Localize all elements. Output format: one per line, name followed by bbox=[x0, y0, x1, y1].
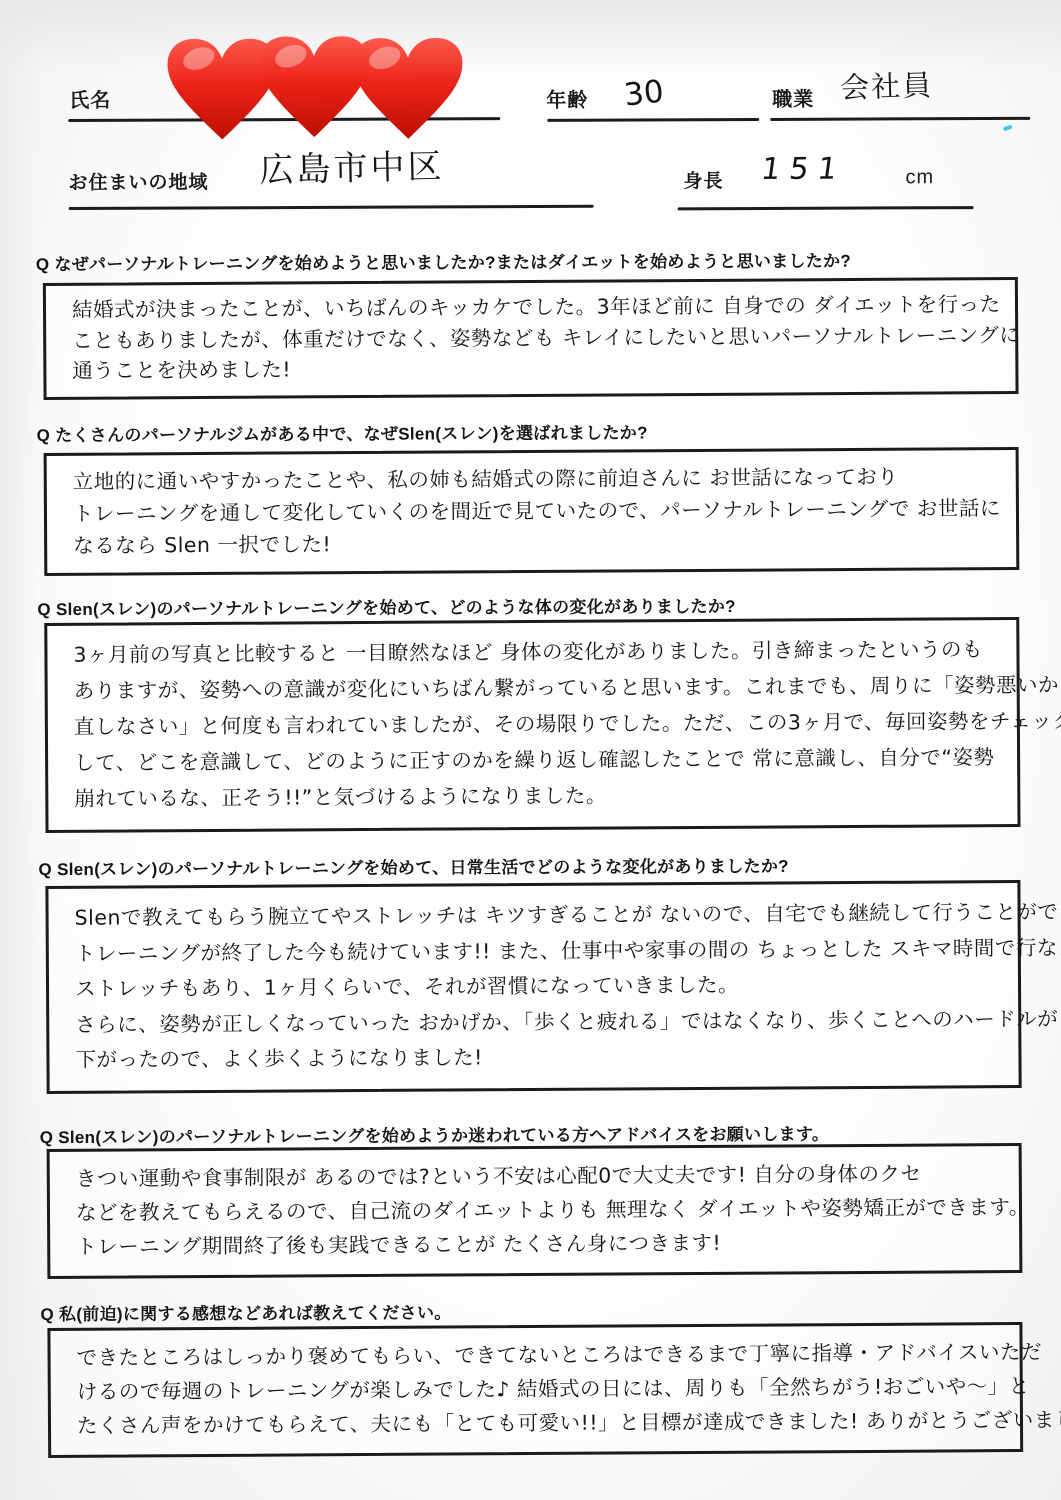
heart-icon bbox=[255, 33, 373, 144]
name-field-label: 氏名 bbox=[69, 84, 111, 113]
question-1-label: Q なぜパーソナルトレーニングを始めようと思いましたか?またはダイエットを始めよ… bbox=[36, 246, 1026, 275]
answer-line: けるので毎週のトレーニングが楽しみでした♪ 結婚式の日には、周りも「全然ちがう!… bbox=[77, 1375, 1006, 1404]
answer-line: できたところはしっかり褒めてもらい、できてないところはできるまで丁寧に指導・アド… bbox=[77, 1341, 1006, 1370]
answer-line: 結婚式が決まったことが、いちばんのキッカケでした。3年ほど前に 自身での ダイエ… bbox=[72, 293, 1001, 322]
answer-line: などを教えてもらえるので、自己流のダイエットよりも 無理なく ダイエットや姿勢矯… bbox=[76, 1196, 1005, 1225]
answer-1-box: 結婚式が決まったことが、いちばんのキッカケでした。3年ほど前に 自身での ダイエ… bbox=[43, 277, 1019, 400]
questionnaire-scan-page: 氏名 年齢 30 職業 bbox=[0, 0, 1061, 1500]
answer-line: ありますが、姿勢への意識が変化にいちばん繋がっていると思います。これまでも、周り… bbox=[74, 674, 1003, 703]
answer-line: なるなら Slen 一択でした! bbox=[73, 529, 1002, 558]
height-unit-label: cm bbox=[905, 166, 934, 189]
question-4-label: Q Slen(スレン)のパーソナルトレーニングを始めて、日常生活でどのような変化… bbox=[38, 851, 1028, 880]
answer-line: 下がったので、よく歩くようになりました! bbox=[75, 1044, 1004, 1073]
question-6-label: Q 私(前迫)に関する感想などあれば教えてください。 bbox=[40, 1296, 1030, 1325]
age-field-label: 年齢 bbox=[546, 84, 588, 113]
answer-line: さらに、姿勢が正しくなっていった おかげか、「歩くと疲れる」ではなくなり、歩くこ… bbox=[75, 1008, 1004, 1037]
answer-4-box: Slenで教えてもらう腕立てやストレッチは キツすぎることが ないので、自宅でも… bbox=[45, 880, 1021, 1094]
occupation-field-underline bbox=[770, 117, 1030, 121]
scan-artifact-speck bbox=[1003, 125, 1013, 132]
answer-line: トレーニングを通して変化していくのを間近で見ていたので、パーソナルトレーニングで… bbox=[73, 497, 1002, 526]
answer-line: して、どこを意識して、どのように正すのかを繰り返し確認したことで 常に意識し、自… bbox=[74, 746, 1003, 775]
question-3-label: Q Slen(スレン)のパーソナルトレーニングを始めて、どのような体の変化があり… bbox=[37, 591, 1027, 620]
age-field-value: 30 bbox=[622, 73, 665, 113]
answer-6-box: できたところはしっかり褒めてもらい、できてないところはできるまで丁寧に指導・アド… bbox=[47, 1322, 1023, 1458]
occupation-field-label: 職業 bbox=[772, 83, 814, 112]
answer-line: 直しなさい」と何度も言われていましたが、その場限りでした。ただ、この3ヶ月で、毎… bbox=[74, 710, 1003, 739]
height-field-label: 身長 bbox=[683, 166, 723, 193]
answer-line: ストレッチもあり、1ヶ月くらいで、それが習慣になっていきました。 bbox=[75, 972, 1004, 1001]
answer-line: 3ヶ月前の写真と比較すると 一目瞭然なほど 身体の変化がありました。引き締まった… bbox=[73, 638, 1002, 667]
answer-line: こともありましたが、体重だけでなく、姿勢なども キレイにしたいと思いパーソナルト… bbox=[72, 324, 1001, 353]
answer-2-box: 立地的に通いやすかったことや、私の姉も結婚式の際に前迫さんに お世話になっており… bbox=[44, 447, 1020, 576]
age-field-underline bbox=[547, 118, 759, 122]
answer-line: トレーニング期間終了後も実践できることが たくさん身につきます! bbox=[76, 1230, 1005, 1259]
answer-line: Slenで教えてもらう腕立てやストレッチは キツすぎることが ないので、自宅でも… bbox=[75, 901, 1004, 930]
answer-line: きつい運動や食事制限が あるのでは?という不安は心配0で大丈夫です! 自分の身体… bbox=[76, 1162, 1005, 1191]
height-field-value: 151 bbox=[759, 152, 848, 187]
answer-line: たくさん声をかけてもらえて、夫にも「とても可愛い!!」と目標が達成できました! … bbox=[77, 1409, 1006, 1438]
area-field-underline bbox=[69, 205, 594, 210]
occupation-field-value: 会社員 bbox=[839, 63, 933, 107]
height-field-underline bbox=[678, 206, 974, 210]
answer-5-box: きつい運動や食事制限が あるのでは?という不安は心配0で大丈夫です! 自分の身体… bbox=[47, 1143, 1023, 1279]
answer-line: 通うことを決めました! bbox=[72, 354, 1001, 383]
answer-line: トレーニングが終了した今も続けています!! また、仕事中や家事の間の ちょっとし… bbox=[75, 937, 1004, 966]
answer-line: 立地的に通いやすかったことや、私の姉も結婚式の際に前迫さんに お世話になっており bbox=[73, 465, 1002, 494]
question-2-label: Q たくさんのパーソナルジムがある中で、なぜSlen(スレン)を選ばれましたか? bbox=[37, 417, 1027, 446]
answer-line: 崩れているな、正そう!!”と気づけるようになりました。 bbox=[74, 782, 1003, 811]
page-content: 氏名 年齢 30 職業 bbox=[0, 0, 1061, 1500]
name-hearts-overlay bbox=[163, 30, 470, 147]
area-field-label: お住まいの地域 bbox=[68, 167, 208, 195]
answer-3-box: 3ヶ月前の写真と比較すると 一目瞭然なほど 身体の変化がありました。引き締まった… bbox=[44, 617, 1020, 833]
